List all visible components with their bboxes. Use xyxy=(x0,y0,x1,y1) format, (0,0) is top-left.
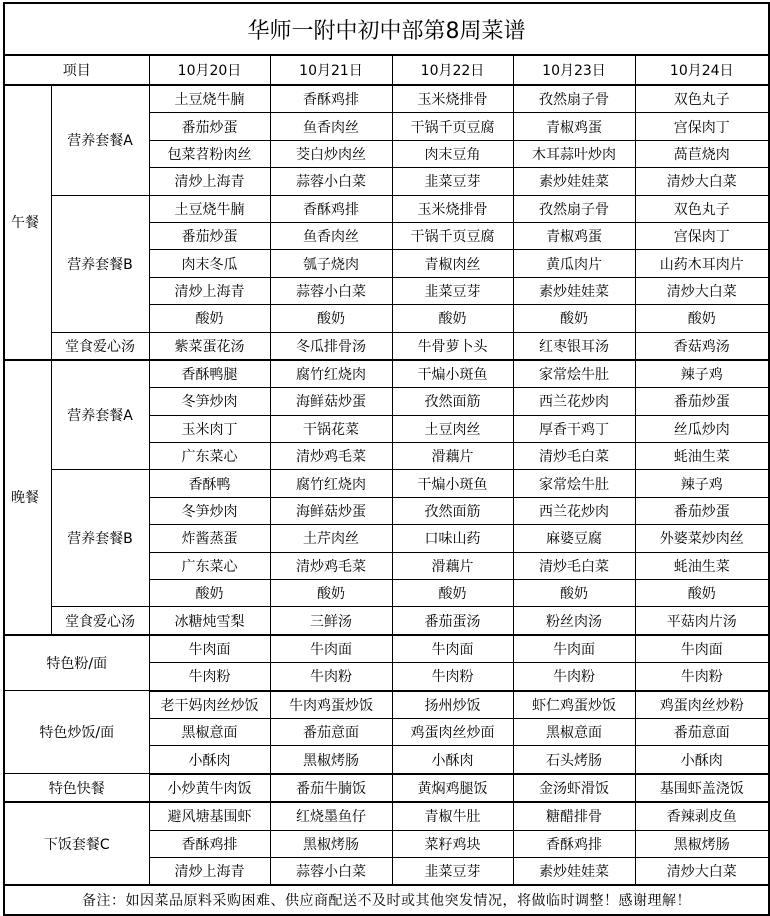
dish-cell: 牛肉面 xyxy=(270,635,392,663)
dish-cell: 酸奶 xyxy=(270,305,392,332)
dish-cell: 韭菜豆芽 xyxy=(392,857,513,885)
dish-cell: 家常烩牛肚 xyxy=(513,360,635,388)
dish-cell: 粉丝肉汤 xyxy=(513,607,635,635)
meal-label: 午餐 xyxy=(4,85,51,360)
dish-cell: 土豆烧牛腩 xyxy=(149,195,270,222)
dish-cell: 虾仁鸡蛋炒饭 xyxy=(513,691,635,719)
dish-cell: 酸奶 xyxy=(392,305,513,332)
dish-cell: 糖醋排骨 xyxy=(513,802,635,830)
dish-cell: 番茄炒蛋 xyxy=(635,388,769,415)
dish-cell: 广东菜心 xyxy=(149,443,270,470)
dish-cell: 红枣银耳汤 xyxy=(513,332,635,360)
category-label: 特色炒饭/面 xyxy=(4,691,149,774)
dish-cell: 基围虾盖浇饭 xyxy=(635,774,769,802)
dish-cell: 青椒肉丝 xyxy=(392,250,513,277)
dish-cell: 土豆肉丝 xyxy=(392,415,513,442)
category-label: 下饭套餐C xyxy=(4,802,149,885)
dish-cell: 冬笋炒肉 xyxy=(149,497,270,524)
dish-cell: 小酥肉 xyxy=(149,746,270,774)
footnote: 备注：如因菜品原料采购困难、供应商配送不及时或其他突发情况，将做临时调整！感谢理… xyxy=(4,885,769,915)
dish-cell: 扬州炒饭 xyxy=(392,691,513,719)
dish-cell: 口味山药 xyxy=(392,525,513,552)
page-title: 华师一附中初中部第8周菜谱 xyxy=(4,3,769,55)
dish-cell: 辣子鸡 xyxy=(635,360,769,388)
dish-cell: 广东菜心 xyxy=(149,552,270,579)
dish-cell: 牛肉面 xyxy=(635,635,769,663)
table-row: 营养套餐B香酥鸭腐竹红烧肉干煸小斑鱼家常烩牛肚辣子鸡 xyxy=(4,470,769,497)
dish-cell: 滑藕片 xyxy=(392,552,513,579)
dish-cell: 黑椒烤肠 xyxy=(635,830,769,857)
dish-cell: 牛肉鸡蛋炒饭 xyxy=(270,691,392,719)
table-row: 堂食爱心汤冰糖炖雪梨三鲜汤番茄蛋汤粉丝肉汤平菇肉片汤 xyxy=(4,607,769,635)
dish-cell: 番茄意面 xyxy=(270,718,392,745)
dish-cell: 清炒大白菜 xyxy=(635,168,769,195)
dish-cell: 宫保肉丁 xyxy=(635,222,769,249)
dish-cell: 青椒鸡蛋 xyxy=(513,222,635,249)
dish-cell: 蚝油生菜 xyxy=(635,552,769,579)
dish-cell: 小炒黄牛肉饭 xyxy=(149,774,270,802)
dish-cell: 西兰花炒肉 xyxy=(513,388,635,415)
table-row: 晚餐营养套餐A香酥鸭腿腐竹红烧肉干煸小斑鱼家常烩牛肚辣子鸡 xyxy=(4,360,769,388)
dish-cell: 小酥肉 xyxy=(635,746,769,774)
dish-cell: 香辣剥皮鱼 xyxy=(635,802,769,830)
meal-label: 晚餐 xyxy=(4,360,51,635)
dish-cell: 炸酱蒸蛋 xyxy=(149,525,270,552)
dish-cell: 肉末豆角 xyxy=(392,140,513,167)
dish-cell: 番茄意面 xyxy=(635,718,769,745)
header-row: 项目 10月20日 10月21日 10月22日 10月23日 10月24日 xyxy=(4,55,769,85)
dish-cell: 牛肉粉 xyxy=(149,663,270,691)
dish-cell: 牛肉面 xyxy=(392,635,513,663)
dish-cell: 香菇鸡汤 xyxy=(635,332,769,360)
dish-cell: 酸奶 xyxy=(635,305,769,332)
dish-cell: 番茄蛋汤 xyxy=(392,607,513,635)
category-label: 特色粉/面 xyxy=(4,635,149,691)
header-date: 10月24日 xyxy=(635,55,769,85)
dish-cell: 香酥鸡排 xyxy=(513,830,635,857)
dish-cell: 牛肉粉 xyxy=(513,663,635,691)
dish-cell: 香酥鸡排 xyxy=(270,195,392,222)
dish-cell: 冬瓜排骨汤 xyxy=(270,332,392,360)
dish-cell: 清炒鸡毛菜 xyxy=(270,443,392,470)
dish-cell: 牛肉粉 xyxy=(392,663,513,691)
dish-cell: 腐竹红烧肉 xyxy=(270,470,392,497)
dish-cell: 酸奶 xyxy=(635,580,769,607)
dish-cell: 清炒上海青 xyxy=(149,168,270,195)
dish-cell: 番茄炒蛋 xyxy=(635,497,769,524)
category-label: 特色快餐 xyxy=(4,774,149,802)
table-row: 堂食爱心汤紫菜蛋花汤冬瓜排骨汤牛骨萝卜头红枣银耳汤香菇鸡汤 xyxy=(4,332,769,360)
dish-cell: 酸奶 xyxy=(513,305,635,332)
dish-cell: 酸奶 xyxy=(270,580,392,607)
dish-cell: 三鲜汤 xyxy=(270,607,392,635)
set-label: 营养套餐A xyxy=(51,360,149,470)
dish-cell: 清炒鸡毛菜 xyxy=(270,552,392,579)
set-label: 堂食爱心汤 xyxy=(51,607,149,635)
dish-cell: 茭白炒肉丝 xyxy=(270,140,392,167)
dish-cell: 土豆烧牛腩 xyxy=(149,85,270,113)
dish-cell: 酸奶 xyxy=(149,580,270,607)
dish-cell: 干煸小斑鱼 xyxy=(392,360,513,388)
dish-cell: 酸奶 xyxy=(392,580,513,607)
dish-cell: 青椒牛肚 xyxy=(392,802,513,830)
dish-cell: 鱼香肉丝 xyxy=(270,113,392,140)
dish-cell: 山药木耳肉片 xyxy=(635,250,769,277)
set-label: 堂食爱心汤 xyxy=(51,332,149,360)
dish-cell: 番茄牛腩饭 xyxy=(270,774,392,802)
table-row: 下饭套餐C避风塘基围虾红烧墨鱼仔青椒牛肚糖醋排骨香辣剥皮鱼 xyxy=(4,802,769,830)
dish-cell: 瓠子烧肉 xyxy=(270,250,392,277)
dish-cell: 牛肉粉 xyxy=(635,663,769,691)
dish-cell: 蒜蓉小白菜 xyxy=(270,857,392,885)
dish-cell: 红烧墨鱼仔 xyxy=(270,802,392,830)
dish-cell: 清炒毛白菜 xyxy=(513,552,635,579)
dish-cell: 避风塘基围虾 xyxy=(149,802,270,830)
dish-cell: 小酥肉 xyxy=(392,746,513,774)
header-date: 10月20日 xyxy=(149,55,270,85)
dish-cell: 香酥鸭 xyxy=(149,470,270,497)
table-row: 营养套餐B土豆烧牛腩香酥鸡排玉米烧排骨孜然扇子骨双色丸子 xyxy=(4,195,769,222)
dish-cell: 厚香干鸡丁 xyxy=(513,415,635,442)
set-label: 营养套餐B xyxy=(51,195,149,332)
table-row: 特色炒饭/面老干妈肉丝炒饭牛肉鸡蛋炒饭扬州炒饭虾仁鸡蛋炒饭鸡蛋肉丝炒粉 xyxy=(4,691,769,719)
dish-cell: 素炒娃娃菜 xyxy=(513,168,635,195)
dish-cell: 孜然面筋 xyxy=(392,497,513,524)
dish-cell: 酸奶 xyxy=(149,305,270,332)
dish-cell: 蒜蓉小白菜 xyxy=(270,168,392,195)
header-date: 10月23日 xyxy=(513,55,635,85)
dish-cell: 干锅花菜 xyxy=(270,415,392,442)
table-row: 特色快餐小炒黄牛肉饭番茄牛腩饭黄焖鸡腿饭金汤虾滑饭基围虾盖浇饭 xyxy=(4,774,769,802)
dish-cell: 冰糖炖雪梨 xyxy=(149,607,270,635)
dish-cell: 包菜苕粉肉丝 xyxy=(149,140,270,167)
dish-cell: 黄瓜肉片 xyxy=(513,250,635,277)
dish-cell: 木耳蒜叶炒肉 xyxy=(513,140,635,167)
dish-cell: 外婆菜炒肉丝 xyxy=(635,525,769,552)
dish-cell: 清炒上海青 xyxy=(149,857,270,885)
dish-cell: 酸奶 xyxy=(513,580,635,607)
dish-cell: 素炒娃娃菜 xyxy=(513,277,635,304)
dish-cell: 番茄炒蛋 xyxy=(149,113,270,140)
dish-cell: 海鲜菇炒蛋 xyxy=(270,388,392,415)
dish-cell: 土芹肉丝 xyxy=(270,525,392,552)
dish-cell: 番茄炒蛋 xyxy=(149,222,270,249)
dish-cell: 海鲜菇炒蛋 xyxy=(270,497,392,524)
set-label: 营养套餐A xyxy=(51,85,149,195)
dish-cell: 蒜蓉小白菜 xyxy=(270,277,392,304)
dish-cell: 黑椒烤肠 xyxy=(270,830,392,857)
dish-cell: 玉米烧排骨 xyxy=(392,195,513,222)
dish-cell: 黄焖鸡腿饭 xyxy=(392,774,513,802)
dish-cell: 金汤虾滑饭 xyxy=(513,774,635,802)
dish-cell: 双色丸子 xyxy=(635,85,769,113)
dish-cell: 牛骨萝卜头 xyxy=(392,332,513,360)
dish-cell: 西兰花炒肉 xyxy=(513,497,635,524)
dish-cell: 双色丸子 xyxy=(635,195,769,222)
dish-cell: 家常烩牛肚 xyxy=(513,470,635,497)
header-date: 10月21日 xyxy=(270,55,392,85)
header-date: 10月22日 xyxy=(392,55,513,85)
dish-cell: 蚝油生菜 xyxy=(635,443,769,470)
dish-cell: 玉米肉丁 xyxy=(149,415,270,442)
dish-cell: 鸡蛋肉丝炒粉 xyxy=(635,691,769,719)
dish-cell: 鸡蛋肉丝炒面 xyxy=(392,718,513,745)
dish-cell: 牛肉粉 xyxy=(270,663,392,691)
header-item-label: 项目 xyxy=(4,55,149,85)
dish-cell: 清炒上海青 xyxy=(149,277,270,304)
dish-cell: 平菇肉片汤 xyxy=(635,607,769,635)
dish-cell: 清炒大白菜 xyxy=(635,277,769,304)
dish-cell: 香酥鸡排 xyxy=(149,830,270,857)
dish-cell: 牛肉面 xyxy=(149,635,270,663)
dish-cell: 香酥鸡排 xyxy=(270,85,392,113)
table-row: 特色粉/面牛肉面牛肉面牛肉面牛肉面牛肉面 xyxy=(4,635,769,663)
dish-cell: 韭菜豆芽 xyxy=(392,168,513,195)
dish-cell: 菜籽鸡块 xyxy=(392,830,513,857)
dish-cell: 石头烤肠 xyxy=(513,746,635,774)
dish-cell: 麻婆豆腐 xyxy=(513,525,635,552)
dish-cell: 黑椒意面 xyxy=(513,718,635,745)
dish-cell: 青椒鸡蛋 xyxy=(513,113,635,140)
dish-cell: 干煸小斑鱼 xyxy=(392,470,513,497)
set-label: 营养套餐B xyxy=(51,470,149,607)
dish-cell: 玉米烧排骨 xyxy=(392,85,513,113)
dish-cell: 干锅千页豆腐 xyxy=(392,113,513,140)
dish-cell: 牛肉面 xyxy=(513,635,635,663)
note-row: 备注：如因菜品原料采购困难、供应商配送不及时或其他突发情况，将做临时调整！感谢理… xyxy=(4,885,769,915)
dish-cell: 孜然扇子骨 xyxy=(513,195,635,222)
dish-cell: 孜然扇子骨 xyxy=(513,85,635,113)
dish-cell: 孜然面筋 xyxy=(392,388,513,415)
dish-cell: 黑椒意面 xyxy=(149,718,270,745)
dish-cell: 肉末冬瓜 xyxy=(149,250,270,277)
dish-cell: 韭菜豆芽 xyxy=(392,277,513,304)
dish-cell: 萵苣烧肉 xyxy=(635,140,769,167)
dish-cell: 紫菜蛋花汤 xyxy=(149,332,270,360)
dish-cell: 滑藕片 xyxy=(392,443,513,470)
dish-cell: 丝瓜炒肉 xyxy=(635,415,769,442)
dish-cell: 老干妈肉丝炒饭 xyxy=(149,691,270,719)
dish-cell: 清炒大白菜 xyxy=(635,857,769,885)
table-row: 午餐营养套餐A土豆烧牛腩香酥鸡排玉米烧排骨孜然扇子骨双色丸子 xyxy=(4,85,769,113)
dish-cell: 腐竹红烧肉 xyxy=(270,360,392,388)
weekly-menu-table: 华师一附中初中部第8周菜谱 项目 10月20日 10月21日 10月22日 10… xyxy=(3,2,770,916)
dish-cell: 素炒娃娃菜 xyxy=(513,857,635,885)
dish-cell: 香酥鸭腿 xyxy=(149,360,270,388)
dish-cell: 黑椒烤肠 xyxy=(270,746,392,774)
dish-cell: 干锅千页豆腐 xyxy=(392,222,513,249)
dish-cell: 辣子鸡 xyxy=(635,470,769,497)
dish-cell: 鱼香肉丝 xyxy=(270,222,392,249)
dish-cell: 清炒毛白菜 xyxy=(513,443,635,470)
dish-cell: 冬笋炒肉 xyxy=(149,388,270,415)
dish-cell: 宫保肉丁 xyxy=(635,113,769,140)
